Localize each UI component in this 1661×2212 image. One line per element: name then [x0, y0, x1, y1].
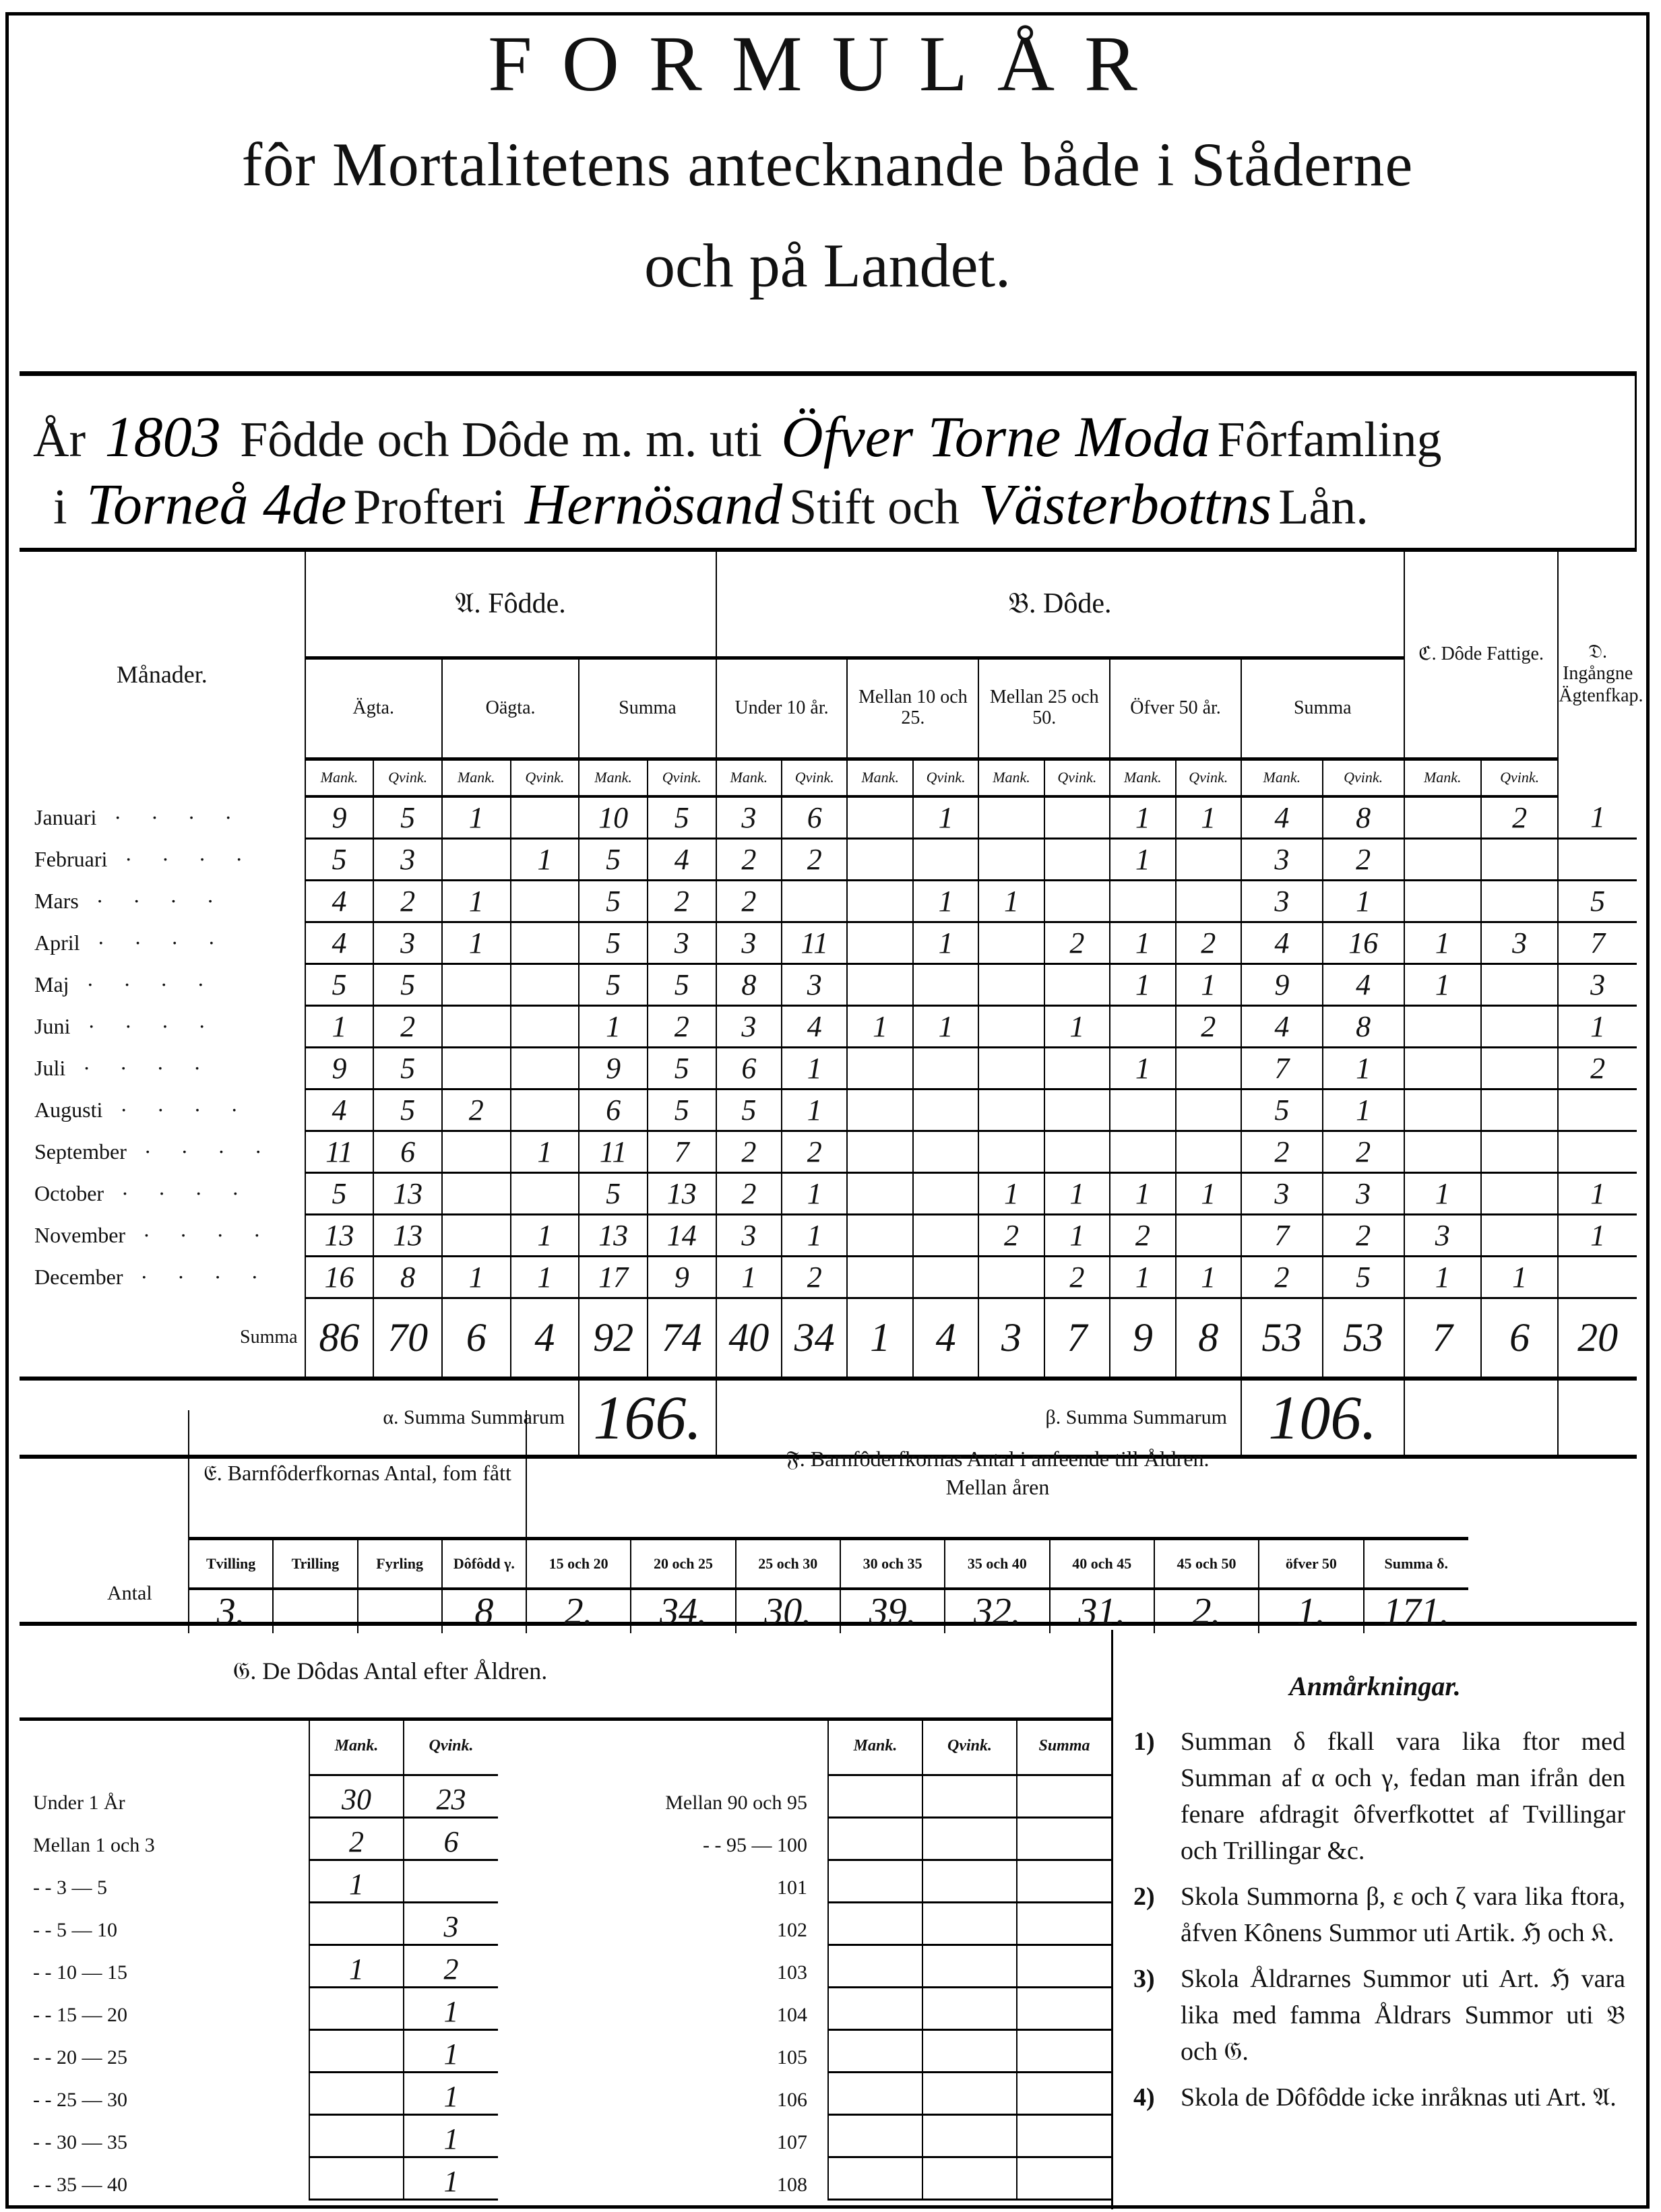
section-f-value: 171. [1364, 1589, 1468, 1633]
leader-dots: · · · · [65, 1056, 213, 1080]
count-cell: 3 [1558, 963, 1637, 1005]
age-label: 105 [518, 2029, 828, 2072]
b-group-25-50: Mellan 25 och 50. [978, 658, 1110, 759]
count-cell: 1 [913, 880, 978, 922]
age-label: - - 25 — 30 [33, 2072, 309, 2114]
empty-count-cell [922, 1817, 1017, 1860]
age-row: - - 30 — 351 [33, 2114, 498, 2157]
summa-cell: 7 [1044, 1298, 1110, 1379]
count-cell: 5 [373, 796, 442, 838]
month-row: September · · · ·11611172222 [20, 1131, 1637, 1172]
section-f-col-header: 35 och 40 [945, 1538, 1049, 1589]
count-cell: 1 [1176, 796, 1241, 838]
count-cell [1404, 1131, 1481, 1172]
count-cell: 2 [1176, 922, 1241, 963]
count-cell: 1 [1404, 963, 1481, 1005]
leader-dots: · · · · [96, 805, 244, 829]
count-cell [913, 1172, 978, 1214]
count-cell: 2 [1481, 796, 1558, 838]
count-cell [978, 1005, 1044, 1047]
label-parish: Fôrfamling [1218, 412, 1442, 468]
month-name: December [34, 1265, 123, 1289]
count-cell: 1 [1176, 963, 1241, 1005]
count-cell: 5 [579, 838, 648, 880]
count-cell: 13 [373, 1214, 442, 1256]
empty-count-cell [1017, 1817, 1111, 1860]
count-cell: 6 [782, 796, 847, 838]
count-cell [442, 963, 511, 1005]
count-cell: 2 [978, 1214, 1044, 1256]
month-row: Mars · · · ·42152211315 [20, 880, 1637, 922]
count-cell [847, 922, 912, 963]
count-cell: 3 [373, 838, 442, 880]
count-cell: 3 [782, 963, 847, 1005]
count-cell: 1 [716, 1256, 782, 1298]
empty-count-cell [922, 1860, 1017, 1902]
count-cell [913, 1089, 978, 1131]
count-cell: 2 [716, 880, 782, 922]
count-cell: 2 [716, 1172, 782, 1214]
leader-dots: · · · · [70, 1014, 218, 1038]
month-name: Mars [34, 889, 79, 913]
count-cell: 2 [716, 838, 782, 880]
count-cell [1044, 880, 1110, 922]
age-row: - - 20 — 251 [33, 2029, 498, 2072]
col-male: Mank. [579, 759, 648, 796]
count-cell: 1 [1176, 1256, 1241, 1298]
empty-count-cell [828, 1775, 922, 1817]
count-cell [1044, 1047, 1110, 1089]
remark-text: Skola de Dôfôdde icke inråknas uti Art. … [1181, 2080, 1617, 2116]
empty-count-cell [922, 1945, 1017, 1987]
age-label: 104 [518, 1987, 828, 2029]
count-cell [1558, 1089, 1637, 1131]
count-cell: 1 [1558, 1005, 1637, 1047]
age-label: Mellan 90 och 95 [518, 1775, 828, 1817]
count-cell: 1 [1323, 880, 1404, 922]
empty-count-cell [828, 1860, 922, 1902]
count-cell [913, 1256, 978, 1298]
section-e-value: 8 [442, 1589, 526, 1633]
month-row: Juli · · · ·9595611712 [20, 1047, 1637, 1089]
remark-number: 3) [1133, 1961, 1181, 2071]
count-cell [442, 1214, 511, 1256]
count-cell: 2 [1044, 1256, 1110, 1298]
age-row: 101 [518, 1860, 1111, 1902]
count-cell: 3 [716, 922, 782, 963]
count-cell: 3 [716, 796, 782, 838]
age-row: 107 [518, 2114, 1111, 2157]
count-cell [442, 1047, 511, 1089]
count-cell [1404, 838, 1481, 880]
count-cell: 5 [1558, 880, 1637, 922]
summa-cell: 4 [913, 1298, 978, 1379]
month-label: Augusti · · · · [20, 1089, 305, 1131]
count-cell: 9 [648, 1256, 716, 1298]
empty-count-cell [1017, 2029, 1111, 2072]
month-row: Januari · · · ·951105361114821 [20, 796, 1637, 838]
empty-count-cell [1017, 1987, 1111, 2029]
section-f-col-header: öfver 50 [1259, 1538, 1363, 1589]
remark-item: 4)Skola de Dôfôdde icke inråknas uti Art… [1133, 2080, 1625, 2116]
empty-count-cell [1017, 1775, 1111, 1817]
summa-cell: 53 [1241, 1298, 1323, 1379]
a-group-sum: Summa [579, 658, 716, 759]
count-cell: 4 [648, 838, 716, 880]
count-cell: 1 [1323, 1089, 1404, 1131]
year-value: 1803 [105, 404, 221, 469]
month-row: April · · · ·431533111212416137 [20, 922, 1637, 963]
empty-count-cell [1017, 2157, 1111, 2199]
count-cell [978, 838, 1044, 880]
count-cell [1481, 1089, 1558, 1131]
col-male: Mank. [309, 1721, 404, 1775]
count-cell: 1 [442, 1256, 511, 1298]
mothers-table: 𝔈. Barnfôderfkornas Antal, fom fått 𝔉. B… [188, 1410, 1468, 1633]
summa-cell: 3 [978, 1298, 1044, 1379]
count-cell: 8 [1323, 796, 1404, 838]
summa-cell: 20 [1558, 1298, 1637, 1379]
count-cell: 4 [1241, 922, 1323, 963]
count-cell: 1 [442, 796, 511, 838]
count-cell: 1 [1404, 922, 1481, 963]
col-male: Mank. [1404, 759, 1481, 796]
count-cell [1176, 880, 1241, 922]
summa-label: Summa [20, 1298, 305, 1379]
count-cell: 7 [1241, 1047, 1323, 1089]
label-diocese: Stift [789, 480, 875, 535]
count-cell [847, 1172, 912, 1214]
count-cell [913, 963, 978, 1005]
age-row: - - 5 — 103 [33, 1902, 498, 1945]
section-f-subtitle: Mellan åren [527, 1474, 1468, 1502]
count-cell [1481, 880, 1558, 922]
male-count: 30 [309, 1775, 404, 1817]
count-cell: 4 [782, 1005, 847, 1047]
count-cell: 5 [579, 880, 648, 922]
count-cell: 5 [373, 1047, 442, 1089]
deaths-by-age-left: Mank. Qvink. Under 1 År3023Mellan 1 och … [33, 1721, 498, 2201]
age-row: - - 3 — 51 [33, 1860, 498, 1902]
count-cell: 1 [1110, 838, 1175, 880]
count-cell: 3 [373, 922, 442, 963]
count-cell: 8 [1323, 1005, 1404, 1047]
col-female: Qvink. [1323, 759, 1404, 796]
age-label: - - 3 — 5 [33, 1860, 309, 1902]
month-rows: Januari · · · ·951105361114821Februari ·… [20, 796, 1637, 1298]
col-male: Mank. [978, 759, 1044, 796]
ef-column-headers: TvillingTrillingFyrlingDôfôdd γ.15 och 2… [189, 1538, 1468, 1589]
count-cell: 4 [305, 880, 374, 922]
count-cell: 1 [782, 1047, 847, 1089]
section-f-col-header: 45 och 50 [1154, 1538, 1259, 1589]
month-name: Augusti [34, 1098, 102, 1122]
count-cell [1110, 1005, 1175, 1047]
count-cell: 1 [1044, 1172, 1110, 1214]
deanery-name: Torneå 4de [86, 472, 346, 536]
section-e-title: 𝔈. Barnfôderfkornas Antal, fom fått [189, 1410, 526, 1538]
count-cell [1176, 1047, 1241, 1089]
summa-cell: 7 [1404, 1298, 1481, 1379]
count-cell: 6 [716, 1047, 782, 1089]
count-cell: 1 [782, 1172, 847, 1214]
count-cell [511, 1005, 579, 1047]
leader-dots: · · · · [127, 1139, 274, 1164]
count-cell: 1 [1558, 796, 1637, 838]
age-label: - - 30 — 35 [33, 2114, 309, 2157]
col-female: Qvink. [782, 759, 847, 796]
empty-count-cell [922, 1775, 1017, 1817]
month-name: April [34, 930, 80, 955]
section-e-col-header: Fyrling [358, 1538, 442, 1589]
summa-cell: 1 [847, 1298, 912, 1379]
parish-name: Öfver Torne Moda [781, 404, 1210, 469]
births-deaths-table: Månader. 𝔄. Fôdde. 𝔅. Dôde. ℭ. Dôde Fatt… [20, 548, 1637, 1459]
count-cell [511, 1047, 579, 1089]
section-e-f: Antal 𝔈. Barnfôderfkornas Antal, fom fåt… [20, 1410, 1637, 1626]
month-row: Juni · · · ·1212341112481 [20, 1005, 1637, 1047]
count-cell [511, 1172, 579, 1214]
summa-cell: 34 [782, 1298, 847, 1379]
count-cell [1044, 838, 1110, 880]
count-cell: 13 [579, 1214, 648, 1256]
summa-cell: 86 [305, 1298, 374, 1379]
count-cell: 1 [1044, 1214, 1110, 1256]
count-cell [1404, 796, 1481, 838]
count-cell: 2 [648, 880, 716, 922]
month-label: Februari · · · · [20, 838, 305, 880]
count-cell: 2 [1110, 1214, 1175, 1256]
col-female: Qvink. [404, 1721, 498, 1775]
count-cell: 3 [1241, 880, 1323, 922]
b-group-sum: Summa [1241, 658, 1404, 759]
count-cell: 3 [1241, 1172, 1323, 1214]
section-f-value: 31. [1050, 1589, 1154, 1633]
count-cell [1481, 1131, 1558, 1172]
month-label: Juli · · · · [20, 1047, 305, 1089]
count-cell [1044, 1089, 1110, 1131]
count-cell: 2 [442, 1089, 511, 1131]
count-cell [442, 1172, 511, 1214]
count-cell [847, 1131, 912, 1172]
count-cell: 5 [579, 1172, 648, 1214]
female-count: 1 [404, 1987, 498, 2029]
count-cell: 7 [1241, 1214, 1323, 1256]
count-cell: 1 [442, 922, 511, 963]
empty-count-cell [828, 1945, 922, 1987]
count-cell [847, 1214, 912, 1256]
count-cell: 5 [648, 1089, 716, 1131]
count-cell: 11 [579, 1131, 648, 1172]
leader-dots: · · · · [102, 1098, 250, 1122]
empty-count-cell [828, 2029, 922, 2072]
count-cell [1404, 880, 1481, 922]
count-cell: 2 [1044, 922, 1110, 963]
empty-count-cell [922, 1987, 1017, 2029]
month-label: Mars · · · · [20, 880, 305, 922]
spacer [518, 1721, 828, 1775]
female-count: 1 [404, 2114, 498, 2157]
section-e-col-header: Tvilling [189, 1538, 273, 1589]
count-cell [978, 963, 1044, 1005]
age-row: - - 35 — 401 [33, 2157, 498, 2199]
count-cell: 1 [1558, 1214, 1637, 1256]
count-cell [511, 922, 579, 963]
count-cell [978, 1047, 1044, 1089]
age-label: - - 5 — 10 [33, 1902, 309, 1945]
label-year: År [33, 412, 86, 468]
count-cell [442, 1131, 511, 1172]
count-cell [1176, 1131, 1241, 1172]
leader-dots: · · · · [125, 1223, 273, 1247]
count-cell: 3 [716, 1005, 782, 1047]
count-cell: 5 [716, 1089, 782, 1131]
count-cell: 1 [1176, 1172, 1241, 1214]
count-cell [1558, 838, 1637, 880]
count-cell: 1 [978, 880, 1044, 922]
count-cell: 3 [716, 1214, 782, 1256]
a-group-illegit: Oägta. [442, 658, 579, 759]
section-f-title: 𝔉. Barnfôderfkornas Antal i anfeende til… [526, 1410, 1468, 1538]
age-label: - - 15 — 20 [33, 1987, 309, 2029]
male-count [309, 2114, 404, 2157]
age-row: - - 25 — 301 [33, 2072, 498, 2114]
count-cell [511, 1089, 579, 1131]
count-cell: 13 [648, 1172, 716, 1214]
count-cell [1481, 963, 1558, 1005]
summa-cell: 6 [442, 1298, 511, 1379]
col-female: Qvink. [648, 759, 716, 796]
female-count: 3 [404, 1902, 498, 1945]
count-cell: 1 [1404, 1172, 1481, 1214]
male-count: 1 [309, 1945, 404, 1987]
count-cell [782, 880, 847, 922]
count-cell: 5 [579, 922, 648, 963]
count-cell: 8 [716, 963, 782, 1005]
spacer [33, 1721, 309, 1775]
section-f-col-header: 20 och 25 [631, 1538, 735, 1589]
section-g-title: 𝔊. De Dôdas Antal efter Åldren. [20, 1657, 761, 1686]
deaths-by-age-right: Mank. Qvink. Summa Mellan 90 och 95- - 9… [518, 1721, 1111, 2201]
female-count: 1 [404, 2157, 498, 2199]
count-cell: 1 [782, 1214, 847, 1256]
count-cell: 1 [1110, 922, 1175, 963]
form-title: FORMULÅR [9, 18, 1646, 110]
remark-text: Skola Åldrarnes Summor uti Art. ℌ vara l… [1181, 1961, 1625, 2071]
col-male: Mank. [847, 759, 912, 796]
count-cell [913, 1131, 978, 1172]
count-cell [1044, 963, 1110, 1005]
count-cell: 2 [782, 1256, 847, 1298]
month-row: Augusti · · · ·452655151 [20, 1089, 1637, 1131]
antal-label: Antal [107, 1582, 152, 1605]
count-cell [847, 1256, 912, 1298]
month-row: Maj · · · ·555583119413 [20, 963, 1637, 1005]
summa-cell: 74 [648, 1298, 716, 1379]
count-cell: 6 [373, 1131, 442, 1172]
month-name: November [34, 1223, 125, 1247]
a-group-legit: Ägta. [305, 658, 442, 759]
count-cell: 3 [1241, 838, 1323, 880]
age-label: - - 95 — 100 [518, 1817, 828, 1860]
section-g: 𝔊. De Dôdas Antal efter Åldren. Mank. Qv… [20, 1630, 1111, 2209]
month-name: September [34, 1139, 127, 1164]
label-born-died: Fôdde och Dôde m. m. uti [240, 412, 762, 468]
count-cell: 16 [1323, 922, 1404, 963]
leader-dots: · · · · [107, 847, 255, 871]
count-cell: 1 [511, 1131, 579, 1172]
summa-cell: 8 [1176, 1298, 1241, 1379]
empty-count-cell [1017, 1945, 1111, 1987]
count-cell: 4 [1241, 1005, 1323, 1047]
section-f-value: 32. [945, 1589, 1049, 1633]
empty-count-cell [828, 2157, 922, 2199]
count-cell: 5 [305, 963, 374, 1005]
remark-item: 2)Skola Summorna β, ε och ζ vara lika ft… [1133, 1879, 1625, 1952]
section-f-col-header: 30 och 35 [840, 1538, 945, 1589]
count-cell: 1 [1323, 1047, 1404, 1089]
count-cell: 2 [1323, 838, 1404, 880]
count-cell: 16 [305, 1256, 374, 1298]
age-row: 106 [518, 2072, 1111, 2114]
count-cell [1176, 1214, 1241, 1256]
col-female: Qvink. [511, 759, 579, 796]
count-cell: 5 [1323, 1256, 1404, 1298]
col-female: Qvink. [1044, 759, 1110, 796]
count-cell: 5 [305, 1172, 374, 1214]
month-name: Januari [34, 805, 96, 829]
count-cell [1110, 880, 1175, 922]
col-female: Qvink. [373, 759, 442, 796]
count-cell: 2 [373, 880, 442, 922]
count-cell [847, 796, 912, 838]
summa-cell: 4 [511, 1298, 579, 1379]
count-cell [913, 1047, 978, 1089]
count-cell: 2 [1241, 1256, 1323, 1298]
month-label: October · · · · [20, 1172, 305, 1214]
month-label: September · · · · [20, 1131, 305, 1172]
month-name: October [34, 1181, 104, 1205]
remarks-list: 1)Summan δ fkall vara lika ftor med Summ… [1133, 1724, 1625, 2126]
month-label: April · · · · [20, 922, 305, 963]
count-cell: 1 [442, 880, 511, 922]
month-row: December · · · ·16811179122112511 [20, 1256, 1637, 1298]
count-cell [442, 838, 511, 880]
age-label: - - 35 — 40 [33, 2157, 309, 2199]
summa-cell: 92 [579, 1298, 648, 1379]
remark-item: 3)Skola Åldrarnes Summor uti Art. ℌ vara… [1133, 1961, 1625, 2071]
count-cell [511, 963, 579, 1005]
count-cell: 2 [1323, 1214, 1404, 1256]
month-label: Maj · · · · [20, 963, 305, 1005]
summa-cell: 9 [1110, 1298, 1175, 1379]
empty-count-cell [828, 2114, 922, 2157]
remarks-panel: Anmårkningar. 1)Summan δ fkall vara lika… [1111, 1630, 1637, 2209]
count-cell: 7 [1558, 922, 1637, 963]
section-e-col-header: Trilling [273, 1538, 357, 1589]
count-cell: 1 [1110, 1172, 1175, 1214]
male-count [309, 2157, 404, 2199]
count-cell: 13 [373, 1172, 442, 1214]
count-cell [847, 838, 912, 880]
count-cell: 1 [1110, 796, 1175, 838]
count-cell: 3 [1404, 1214, 1481, 1256]
count-cell [1558, 1131, 1637, 1172]
remarks-title: Anmårkningar. [1113, 1670, 1637, 1702]
count-cell: 1 [913, 922, 978, 963]
section-b-header: 𝔅. Dôde. [716, 550, 1404, 658]
count-cell: 14 [648, 1214, 716, 1256]
